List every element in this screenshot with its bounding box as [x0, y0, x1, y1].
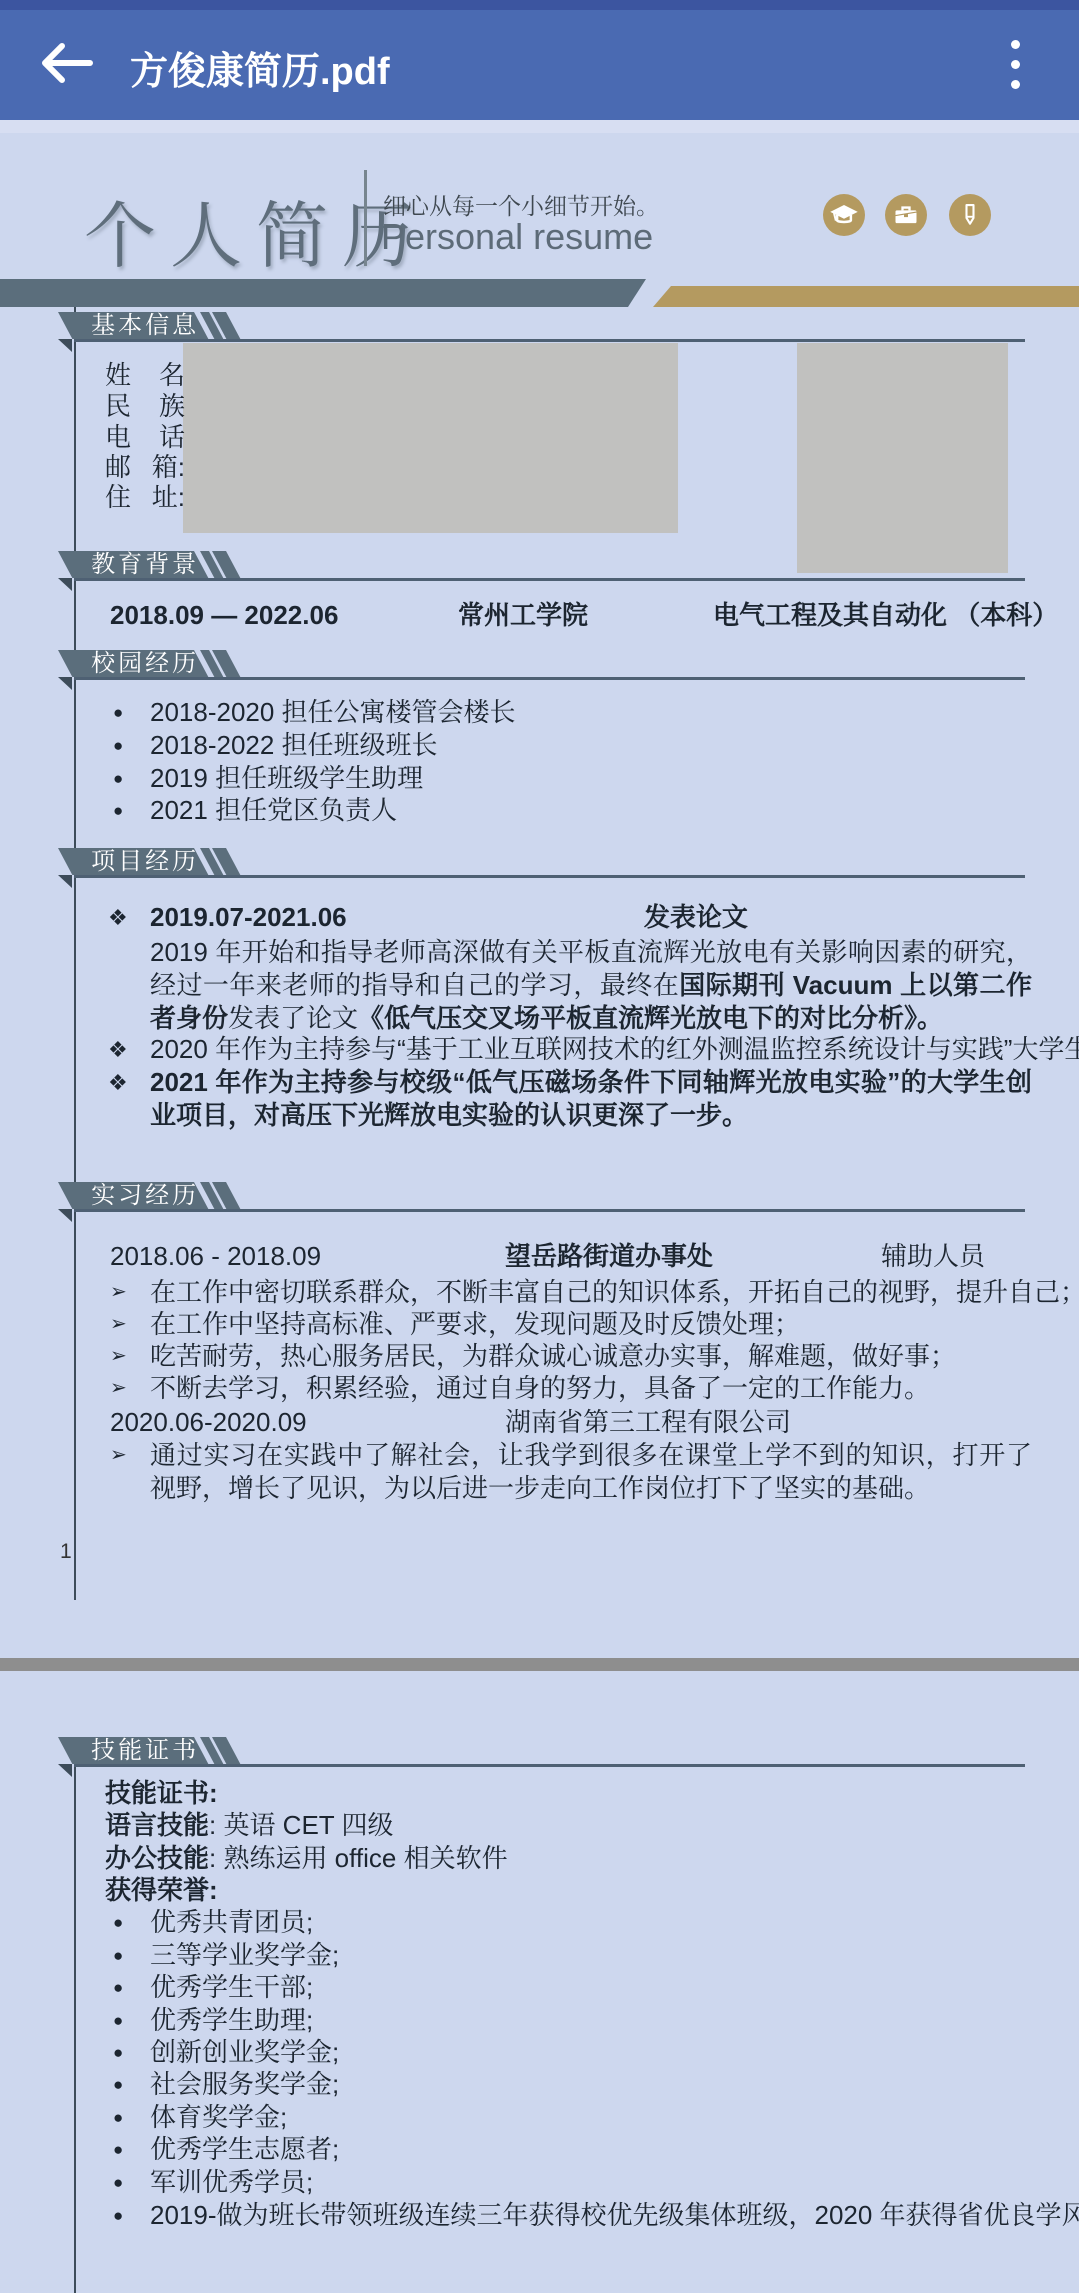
ribbon-fold — [58, 875, 72, 888]
back-arrow-icon — [38, 73, 94, 90]
section-header-internship: 实习经历 — [0, 1182, 1079, 1228]
document-title: 方俊康简历.pdf — [130, 40, 390, 95]
briefcase-icon — [885, 194, 927, 236]
redacted-personal-values — [183, 343, 678, 533]
toolbar-shadow — [0, 120, 1079, 133]
page-number: 1 — [60, 1540, 72, 1564]
bullet-icon: ● — [113, 2166, 123, 2199]
bullet-icon: ● — [113, 2068, 123, 2101]
honor-item: 优秀学生干部; — [150, 1971, 313, 2004]
field-label-ethnicity: 民族 — [105, 393, 185, 420]
honor-item: 创新创业奖学金; — [150, 2036, 339, 2069]
honor-item: 优秀共青团员; — [150, 1906, 313, 1939]
section-rule — [74, 1209, 1025, 1212]
header-banner-slate — [0, 279, 646, 307]
bullet-icon: ● — [113, 1971, 123, 2004]
campus-item: 2021 担任党区负责人 — [150, 794, 397, 827]
more-vert-icon — [1011, 40, 1020, 49]
honor-item: 2019-做为班长带领班级连续三年获得校优先级集体班级，2020 年获得省优良学… — [150, 2199, 1079, 2232]
education-major: 电气工程及其自动化 （本科） — [713, 599, 1058, 632]
honor-item: 体育奖学金; — [150, 2101, 287, 2134]
project-item: 2021 年作为主持参与校级“低气压磁场条件下同轴辉光放电实验”的大学生创业项目… — [150, 1066, 1032, 1132]
app-bar: 方俊康简历.pdf — [0, 0, 1079, 120]
resume-subtitle: Personal resume — [381, 216, 653, 258]
campus-item: 2019 担任班级学生助理 — [150, 762, 423, 795]
section-header-campus: 校园经历 — [0, 650, 1079, 696]
education-period: 2018.09 — 2022.06 — [110, 599, 338, 632]
intern-bullet: 不断去学习，积累经验，通过自身的努力，具备了一定的工作能力。 — [150, 1372, 930, 1405]
job-role: 辅助人员 — [881, 1240, 985, 1273]
bullet-icon: ● — [113, 2199, 123, 2232]
project-entry-header: 2019.07-2021.06 发表论文 — [150, 901, 748, 934]
bullet-icon: ● — [113, 2133, 123, 2166]
section-header-project: 项目经历 — [0, 848, 1079, 894]
bullet-icon: ● — [113, 794, 123, 827]
honors-label: 获得荣誉: — [105, 1874, 218, 1907]
honor-item: 社会服务奖学金; — [150, 2068, 339, 2101]
page1-left-rule — [74, 307, 76, 1600]
intern-bullet: 吃苦耐劳，热心服务居民，为群众诚心诚意办实事，解难题，做好事； — [150, 1340, 956, 1373]
language-skill-line: 语言技能: 英语 CET 四级 — [105, 1809, 393, 1842]
section-rule — [74, 677, 1025, 680]
bullet-icon: ● — [113, 762, 123, 795]
ribbon-fold — [58, 1209, 72, 1222]
ribbon-fold — [58, 1764, 72, 1777]
office-skill-line: 办公技能: 熟练运用 office 相关软件 — [105, 1842, 508, 1875]
field-label-address: 住址: — [105, 484, 185, 511]
honor-item: 军训优秀学员; — [150, 2166, 313, 2199]
diamond-bullet-icon: ❖ — [108, 1066, 128, 1099]
status-bar — [0, 0, 1079, 10]
arrow-bullet-icon: ➢ — [110, 1276, 127, 1309]
education-school: 常州工学院 — [458, 599, 588, 632]
arrow-bullet-icon: ➢ — [110, 1308, 127, 1341]
bullet-icon: ● — [113, 2004, 123, 2037]
back-button[interactable] — [38, 40, 94, 86]
ribbon-fold — [58, 677, 72, 690]
arrow-bullet-icon: ➢ — [110, 1439, 127, 1472]
bullet-icon: ● — [113, 729, 123, 762]
section-rule — [74, 875, 1025, 878]
project-item: 2020 年作为主持参与“基于工业互联网技术的红外测温监控系统设计与实践”大学生… — [150, 1033, 1079, 1066]
project-description: 2019 年开始和指导老师高深做有关平板直流辉光放电有关影响因素的研究，经过一年… — [150, 936, 1032, 1035]
pencil-icon — [949, 194, 991, 236]
header-banner-gold — [653, 286, 1079, 307]
skills-certificates-label: 技能证书: — [105, 1777, 218, 1810]
job-organization: 望岳路街道办事处 — [505, 1240, 713, 1273]
bullet-icon: ● — [113, 1939, 123, 1972]
job-organization: 湖南省第三工程有限公司 — [505, 1406, 791, 1439]
bullet-icon: ● — [113, 2036, 123, 2069]
bullet-icon: ● — [113, 696, 123, 729]
honor-item: 三等学业奖学金; — [150, 1939, 339, 1972]
honor-item: 优秀学生助理; — [150, 2004, 313, 2037]
intern-bullet: 在工作中密切联系群众，不断丰富自己的知识体系，开拓自己的视野，提升自己； — [150, 1276, 1079, 1309]
redacted-photo — [797, 343, 1008, 573]
intern-bullet: 在工作中坚持高标准、严要求，发现问题及时反馈处理； — [150, 1308, 800, 1341]
section-rule — [74, 339, 1025, 342]
ribbon-fold — [58, 339, 72, 352]
section-rule — [74, 578, 1025, 581]
campus-item: 2018-2020 担任公寓楼管会楼长 — [150, 696, 516, 729]
field-label-email: 邮箱: — [105, 454, 185, 481]
arrow-bullet-icon: ➢ — [110, 1372, 127, 1405]
page-separator — [0, 1658, 1079, 1671]
more-options-button[interactable] — [995, 34, 1035, 94]
bullet-icon: ● — [113, 2101, 123, 2134]
project-period: 2019.07-2021.06 — [150, 902, 347, 932]
job-period: 2018.06 - 2018.09 — [110, 1240, 321, 1273]
field-label-phone: 电话 — [105, 424, 185, 451]
graduation-cap-icon — [823, 194, 865, 236]
pdf-viewer-screen: { "app_bar": { "title": "方俊康简历.pdf", "ba… — [0, 0, 1079, 2293]
bullet-icon: ● — [113, 1906, 123, 1939]
resume-title: 个人简历 — [84, 178, 428, 282]
job-period: 2020.06-2020.09 — [110, 1406, 307, 1439]
campus-item: 2018-2022 担任班级班长 — [150, 729, 438, 762]
intern-bullet: 通过实习在实践中了解社会，让我学到很多在课堂上学不到的知识，打开了视野，增长了见… — [150, 1439, 1032, 1505]
honor-item: 优秀学生志愿者; — [150, 2133, 339, 2166]
field-label-name: 姓名 — [105, 362, 185, 389]
section-rule — [74, 1764, 1025, 1767]
section-header-education: 教育背景 — [0, 551, 1079, 597]
arrow-bullet-icon: ➢ — [110, 1340, 127, 1373]
title-divider — [364, 170, 367, 266]
project-title: 发表论文 — [354, 902, 748, 932]
page2-left-rule — [74, 1766, 76, 2293]
ribbon-fold — [58, 578, 72, 591]
diamond-bullet-icon: ❖ — [108, 1033, 128, 1066]
diamond-bullet-icon: ❖ — [108, 901, 128, 934]
